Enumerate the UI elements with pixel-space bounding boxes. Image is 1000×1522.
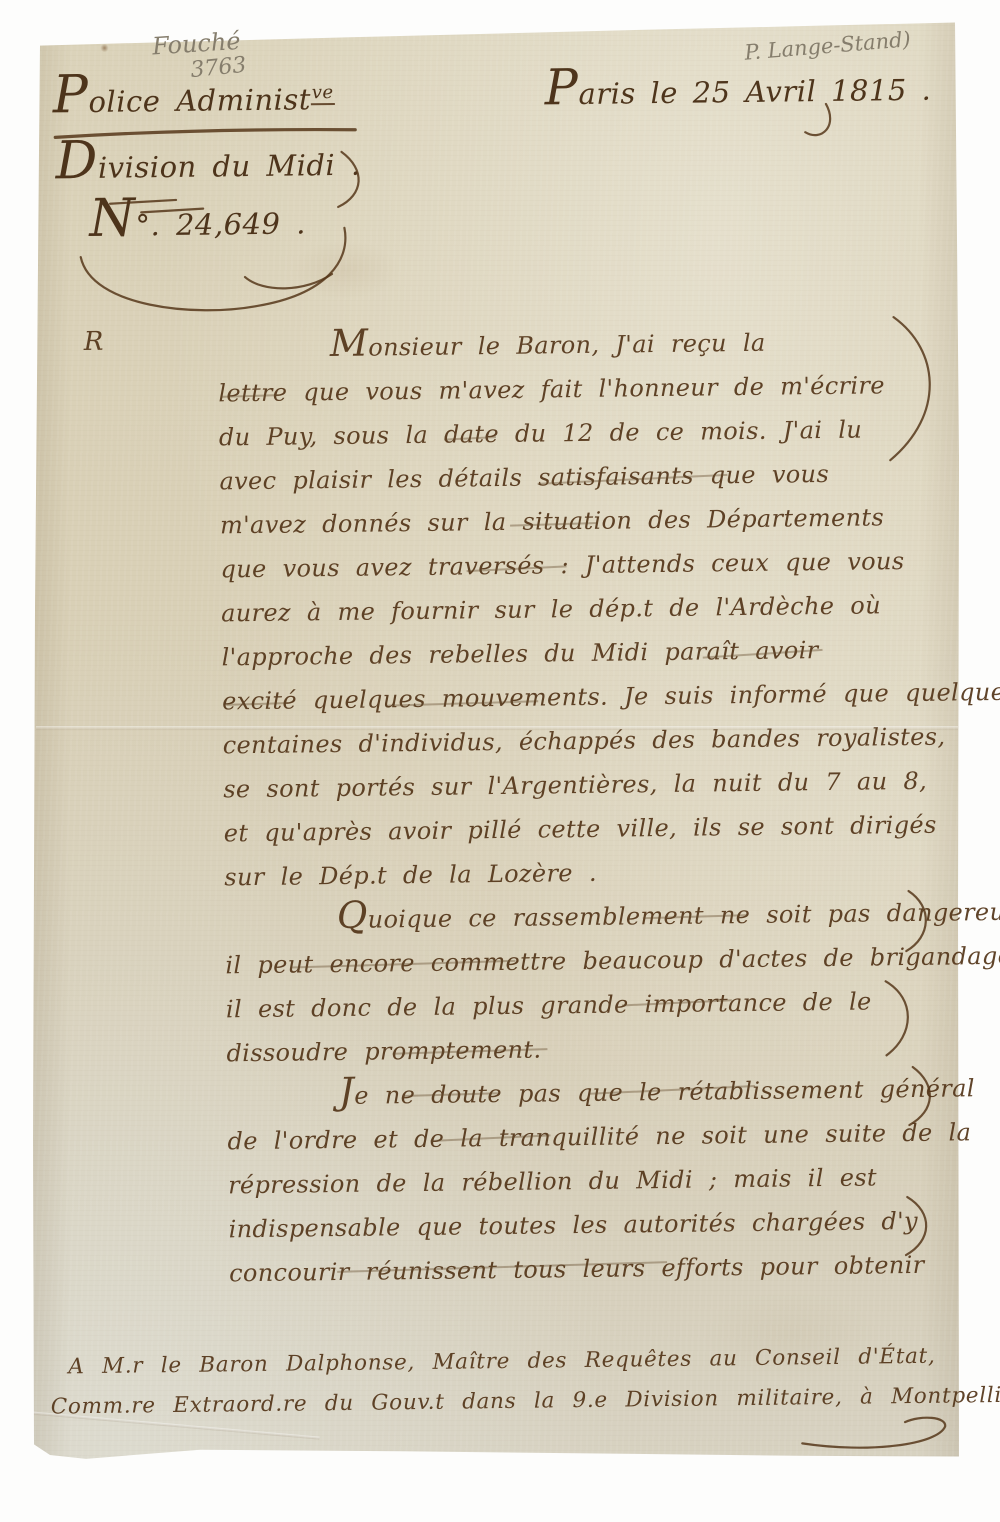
date-tail-flourish (805, 104, 830, 135)
letter-body: Monsieur le Baron, J'ai reçu la lettre q… (218, 321, 960, 1298)
letterhead-office: Police Administve (53, 82, 335, 119)
dateline: Paris le 25 Avril 1815 . (545, 73, 932, 112)
scan-backdrop: Fouché 3763 P. Lange-Stand) Police Admin… (0, 0, 1000, 1522)
letterhead-office-superscript: ve (311, 82, 335, 105)
pencil-annotation-number: 3763 (189, 53, 247, 83)
manuscript-content: Fouché 3763 P. Lange-Stand) Police Admin… (0, 0, 1000, 1522)
letter-line: concourir réunissent tous leurs efforts … (229, 1244, 959, 1297)
number-sweep-inner-curl (245, 274, 332, 289)
letterhead-office-main: Police Administ (53, 82, 311, 119)
letterhead-dossier-number: N°. 24,649 . (89, 206, 306, 243)
office-underline-flourish (55, 129, 355, 138)
footer-oval-flourish (802, 1417, 945, 1448)
address-footer: A M.r le Baron Dalphonse, Maître des Req… (50, 1337, 1000, 1429)
strike-marks (0, 0, 992, 6)
letterhead-division: Division du Midi . (55, 148, 360, 186)
registry-paraph-mark: R (84, 327, 104, 357)
pencil-annotation-top-right: P. Lange-Stand) (744, 27, 912, 65)
